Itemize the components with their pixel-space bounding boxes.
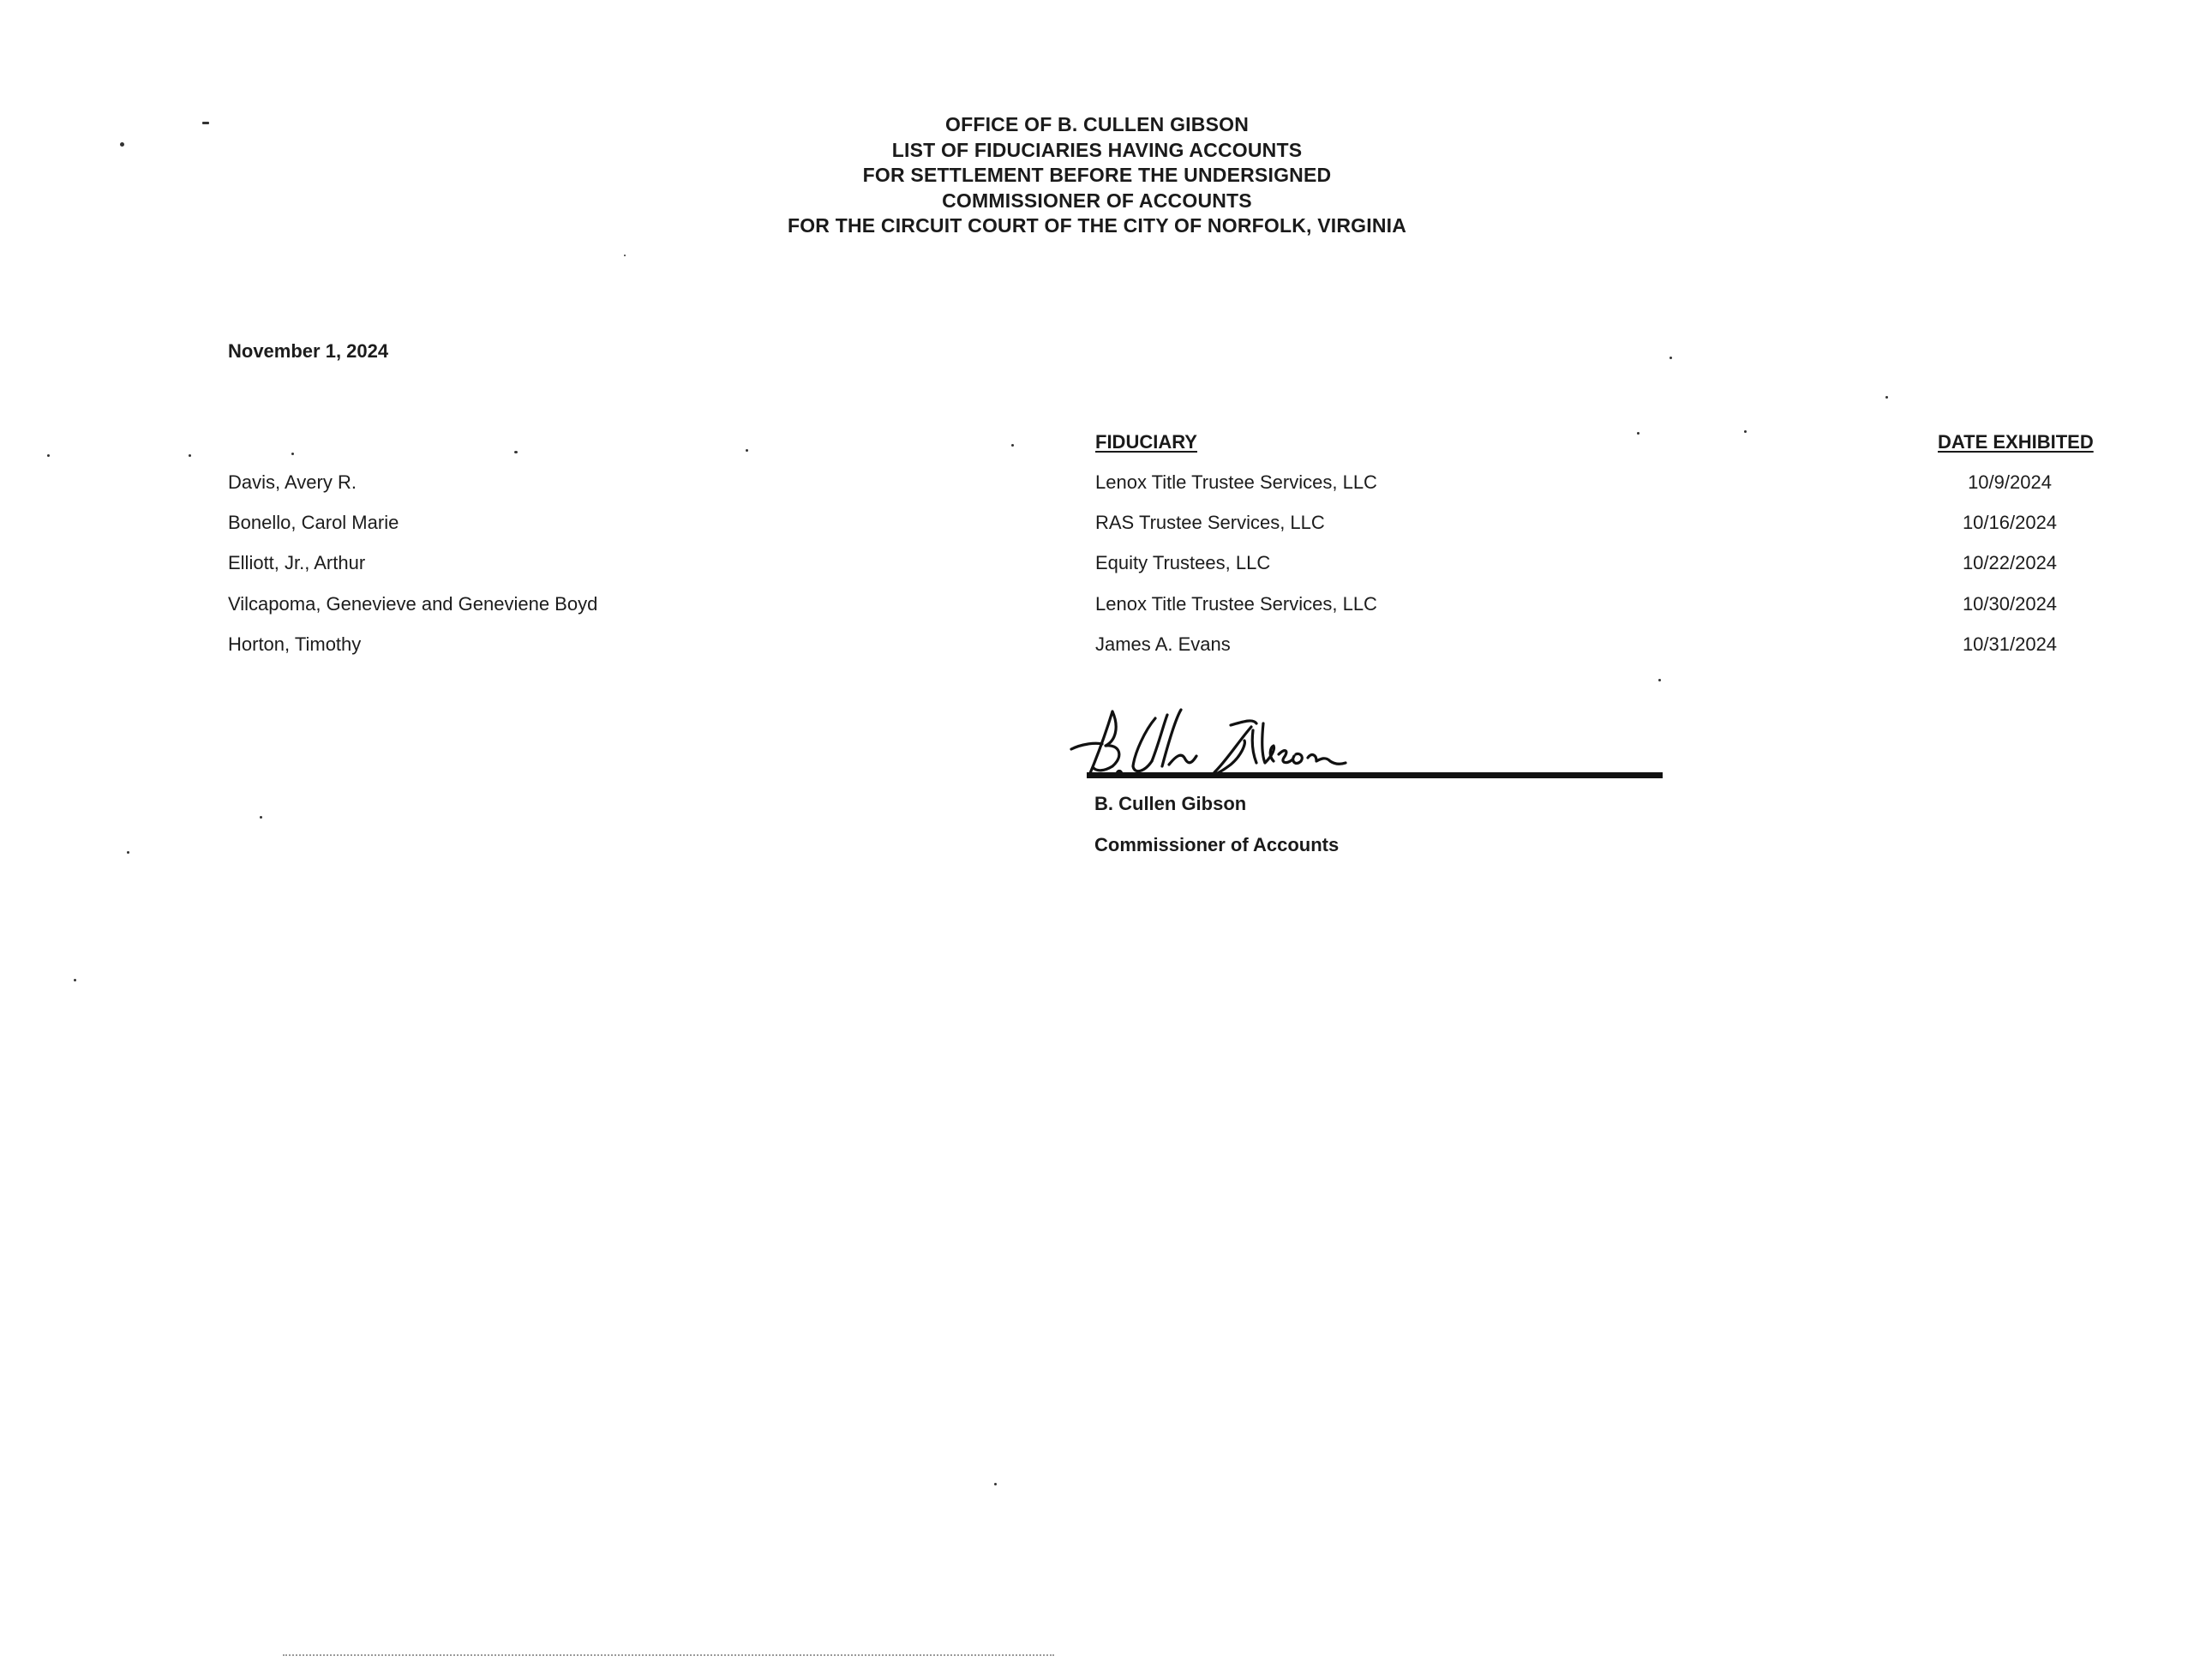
decedent-name: Bonello, Carol Marie [228, 512, 399, 534]
signatory-title: Commissioner of Accounts [1094, 834, 1339, 856]
scan-speck [624, 255, 626, 256]
scan-speck [291, 453, 294, 455]
scan-speck [202, 122, 209, 124]
scan-speck [1637, 432, 1640, 435]
header-line-settlement: FOR SETTLEMENT BEFORE THE UNDERSIGNED [0, 163, 2194, 189]
decedent-name: Horton, Timothy [228, 633, 361, 656]
scan-speck [1658, 679, 1661, 681]
document-header: OFFICE OF B. CULLEN GIBSON LIST OF FIDUC… [0, 112, 2194, 239]
signature-block: B. Cullen Gibson Commissioner of Account… [1063, 693, 1680, 864]
date-exhibited: 10/16/2024 [1928, 512, 2091, 534]
scan-speck [120, 142, 124, 147]
decedent-name: Elliott, Jr., Arthur [228, 552, 365, 574]
fiduciary-table: Davis, Avery R. Lenox Title Trustee Serv… [0, 471, 2194, 674]
scan-speck [994, 1483, 997, 1485]
header-line-court: FOR THE CIRCUIT COURT OF THE CITY OF NOR… [0, 213, 2194, 239]
header-line-list: LIST OF FIDUCIARIES HAVING ACCOUNTS [0, 138, 2194, 164]
table-row: Elliott, Jr., Arthur Equity Trustees, LL… [0, 552, 2194, 592]
scan-speck [1011, 444, 1014, 447]
date-exhibited: 10/9/2024 [1928, 471, 2091, 494]
fiduciary-name: Lenox Title Trustee Services, LLC [1095, 593, 1377, 615]
header-line-office: OFFICE OF B. CULLEN GIBSON [0, 112, 2194, 138]
scan-noise-line [283, 1654, 1054, 1658]
column-header-fiduciary: FIDUCIARY [1095, 431, 1197, 453]
fiduciary-name: James A. Evans [1095, 633, 1231, 656]
column-header-date-exhibited: DATE EXHIBITED [1938, 431, 2101, 453]
scan-speck [1885, 396, 1888, 399]
fiduciary-name: Lenox Title Trustee Services, LLC [1095, 471, 1377, 494]
date-exhibited: 10/30/2024 [1928, 593, 2091, 615]
signatory-name: B. Cullen Gibson [1094, 793, 1246, 815]
header-line-commissioner: COMMISSIONER OF ACCOUNTS [0, 189, 2194, 214]
fiduciary-name: RAS Trustee Services, LLC [1095, 512, 1325, 534]
scan-speck [260, 816, 262, 819]
scan-speck [1669, 357, 1672, 359]
scan-speck [746, 449, 748, 452]
table-row: Bonello, Carol Marie RAS Trustee Service… [0, 512, 2194, 552]
scan-speck [47, 454, 50, 457]
signature-line [1087, 772, 1663, 778]
scan-speck [514, 451, 518, 453]
document-page: OFFICE OF B. CULLEN GIBSON LIST OF FIDUC… [0, 0, 2194, 1680]
fiduciary-name: Equity Trustees, LLC [1095, 552, 1270, 574]
decedent-name: Vilcapoma, Genevieve and Geneviene Boyd [228, 593, 597, 615]
scan-speck [127, 851, 129, 854]
table-row: Horton, Timothy James A. Evans 10/31/202… [0, 633, 2194, 674]
decedent-name: Davis, Avery R. [228, 471, 357, 494]
scan-speck [1744, 430, 1747, 433]
date-exhibited: 10/31/2024 [1928, 633, 2091, 656]
document-date: November 1, 2024 [228, 340, 388, 363]
date-exhibited: 10/22/2024 [1928, 552, 2091, 574]
table-row: Vilcapoma, Genevieve and Geneviene Boyd … [0, 593, 2194, 633]
scan-speck [189, 454, 191, 457]
table-row: Davis, Avery R. Lenox Title Trustee Serv… [0, 471, 2194, 512]
scan-speck [74, 979, 76, 981]
